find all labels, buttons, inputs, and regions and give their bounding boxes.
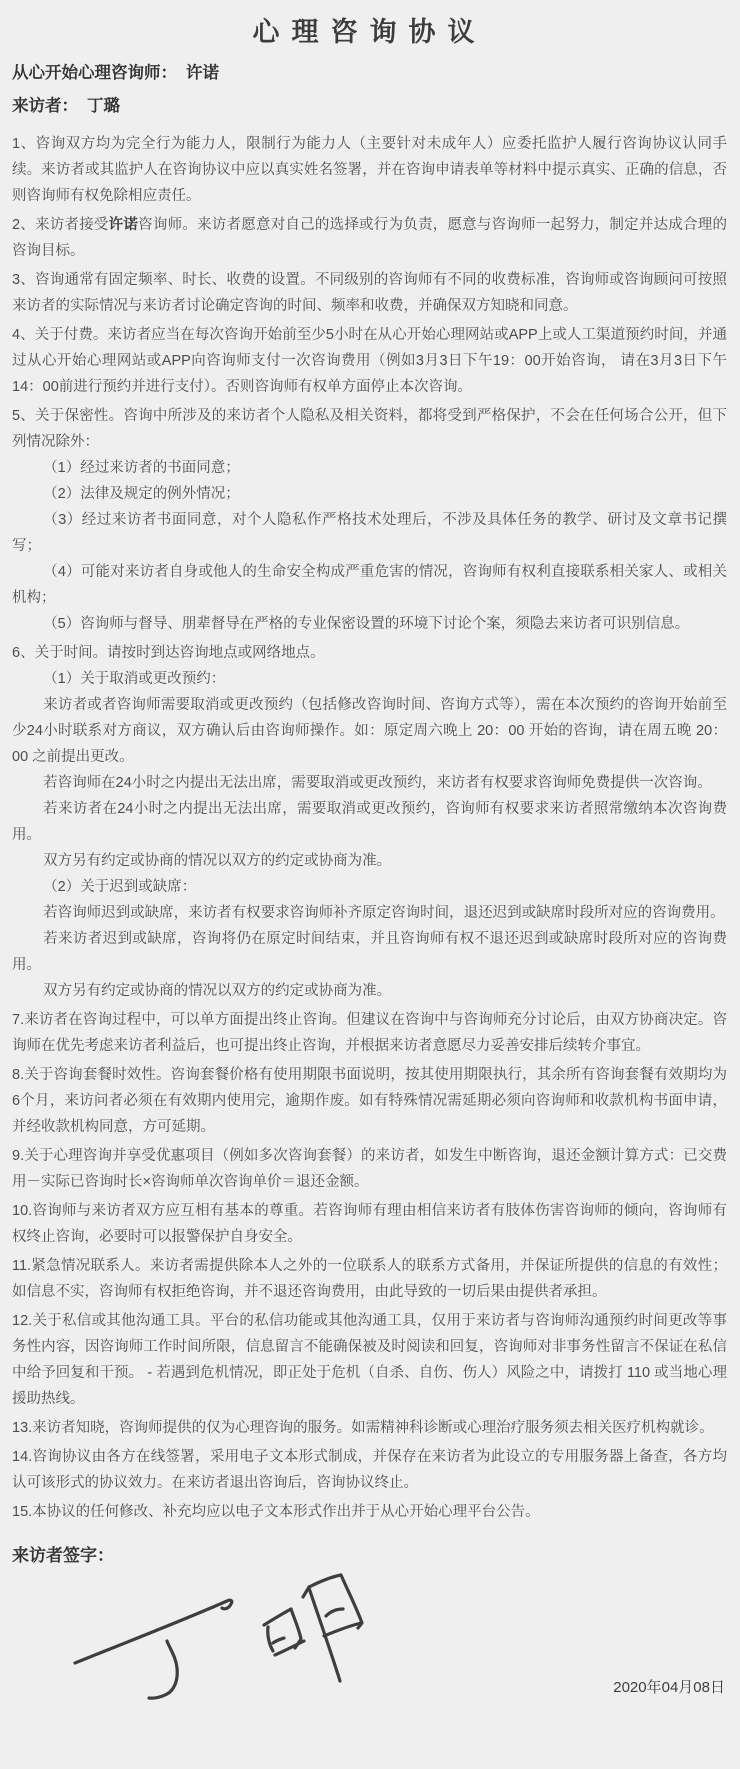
clause-text: 12.关于私信或其他沟通工具。平台的私信功能或其他沟通工具，仅用于来访者与咨询师… <box>12 1313 727 1407</box>
counselor-line: 从心开始心理咨询师：许诺 <box>12 59 727 83</box>
clause-text: 5、关于保密性。咨询中所涉及的来访者个人隐私及相关资料，都将受到严格保护，不会在… <box>12 408 727 450</box>
clause-paragraph: （4）可能对来访者自身或他人的生命安全构成严重危害的情况，咨询师有权利直接联系相… <box>12 559 727 611</box>
clause-paragraph: 15.本协议的任何修改、补充均应以电子文本形式作出并于从心开始心理平台公告。 <box>12 1499 727 1525</box>
clause-paragraph: 双方另有约定或协商的情况以双方的约定或协商为准。 <box>12 978 727 1004</box>
visitor-label: 来访者： <box>12 97 78 115</box>
counselor-name: 许诺 <box>186 64 219 82</box>
clause-text: （2）法律及规定的例外情况； <box>43 486 240 502</box>
signature-stroke <box>326 1609 343 1616</box>
clause-paragraph: （3）经过来访者书面同意，对个人隐私作严格技术处理后，不涉及具体任务的教学、研讨… <box>12 507 727 559</box>
clause-paragraph: 14.咨询协议由各方在线签署，采用电子文本形式制成，并保存在来访者为此设立的专用… <box>12 1444 727 1496</box>
clause-paragraph: （1）关于取消或更改预约： <box>12 666 727 692</box>
clause-paragraph: 10.咨询师与来访者双方应互相有基本的尊重。若咨询师有理由相信来访者有肢体伤害咨… <box>12 1198 727 1250</box>
clause-paragraph: （1）经过来访者的书面同意； <box>12 455 727 481</box>
clause-text: （1）关于取消或更改预约： <box>43 671 225 687</box>
signature-stroke <box>303 1587 309 1597</box>
clause-paragraph: 2、来访者接受许诺咨询师。来访者愿意对自己的选择或行为负责，愿意与咨询师一起努力… <box>12 212 727 264</box>
clauses: 1、咨询双方均为完全行为能力人，限制行为能力人（主要针对未成年人）应委托监护人履… <box>12 131 727 1525</box>
clause-text: 11.紧急情况联系人。来访者需提供除本人之外的一位联系人的联系方式备用，并保证所… <box>12 1258 727 1300</box>
clause-paragraph: （2）法律及规定的例外情况； <box>12 481 727 507</box>
clause-paragraph: （5）咨询师与督导、朋辈督导在严格的专业保密设置的环境下讨论个案，须隐去来访者可… <box>12 611 727 637</box>
clause-paragraph: （2）关于迟到或缺席： <box>12 874 727 900</box>
clause-text: （4）可能对来访者自身或他人的生命安全构成严重危害的情况，咨询师有权利直接联系相… <box>12 564 727 606</box>
counselor-name-highlight: 许诺 <box>109 217 138 233</box>
clause-text: 10.咨询师与来访者双方应互相有基本的尊重。若咨询师有理由相信来访者有肢体伤害咨… <box>12 1203 727 1245</box>
clause-paragraph: 5、关于保密性。咨询中所涉及的来访者个人隐私及相关资料，都将受到严格保护，不会在… <box>12 403 727 455</box>
clause-paragraph: 11.紧急情况联系人。来访者需提供除本人之外的一位联系人的联系方式备用，并保证所… <box>12 1253 727 1305</box>
signature-stroke <box>309 1575 341 1587</box>
visitor-name: 丁璐 <box>87 97 120 115</box>
clause-paragraph: 3、咨询通常有固定频率、时长、收费的设置。不同级别的咨询师有不同的收费标准，咨询… <box>12 267 727 319</box>
clause-text: 1、咨询双方均为完全行为能力人，限制行为能力人（主要针对未成年人）应委托监护人履… <box>12 136 727 204</box>
signature-stroke <box>341 1575 362 1628</box>
clause-text: 来访者或者咨询师需要取消或更改预约（包括修改咨询时间、咨询方式等），需在本次预约… <box>12 697 727 765</box>
clause-text: 双方另有约定或协商的情况以双方的约定或协商为准。 <box>43 853 391 869</box>
clause-paragraph: 双方另有约定或协商的情况以双方的约定或协商为准。 <box>12 848 727 874</box>
signature-stroke <box>275 1641 304 1655</box>
clause-text: 若来访者迟到或缺席，咨询将仍在原定时间结束，并且咨询师有权不退还迟到或缺席时段所… <box>12 931 727 973</box>
clause-paragraph: 12.关于私信或其他沟通工具。平台的私信功能或其他沟通工具，仅用于来访者与咨询师… <box>12 1308 727 1412</box>
clause-text: 若来访者在24小时之内提出无法出席，需要取消或更改预约，咨询师有权要求来访者照常… <box>12 801 727 843</box>
signature-stroke <box>268 1627 273 1651</box>
signature-stroke <box>149 1641 177 1698</box>
clause-paragraph: 若咨询师在24小时之内提出无法出席，需要取消或更改预约，来访者有权要求咨询师免费… <box>12 770 727 796</box>
signature-stroke <box>324 1623 361 1636</box>
clause-paragraph: 7.来访者在咨询过程中，可以单方面提出终止咨询。但建议在咨询中与咨询师充分讨论后… <box>12 1007 727 1059</box>
agreement-document: 心理咨询协议 从心开始心理咨询师：许诺 来访者：丁璐 1、咨询双方均为完全行为能… <box>0 0 740 1769</box>
page-title: 心理咨询协议 <box>12 10 727 49</box>
clause-text: 双方另有约定或协商的情况以双方的约定或协商为准。 <box>43 983 391 999</box>
clause-paragraph: 8.关于咨询套餐时效性。咨询套餐价格有使用期限书面说明，按其使用期限执行，其余所… <box>12 1062 727 1140</box>
clause-text: （3）经过来访者书面同意，对个人隐私作严格技术处理后，不涉及具体任务的教学、研讨… <box>12 512 727 554</box>
signature-label: 来访者签字： <box>12 1541 727 1566</box>
signature-stroke <box>264 1609 291 1625</box>
clause-paragraph: 6、关于时间。请按时到达咨询地点或网络地点。 <box>12 640 727 666</box>
clause-text: 13.来访者知晓，咨询师提供的仅为心理咨询的服务。如需精神科诊断或心理治疗服务须… <box>12 1420 714 1436</box>
clause-text: （1）经过来访者的书面同意； <box>43 460 240 476</box>
visitor-line: 来访者：丁璐 <box>12 92 727 116</box>
clause-text: 若咨询师在24小时之内提出无法出席，需要取消或更改预约，来访者有权要求咨询师免费… <box>43 775 712 791</box>
clause-paragraph: 13.来访者知晓，咨询师提供的仅为心理咨询的服务。如需精神科诊断或心理治疗服务须… <box>12 1415 727 1441</box>
clause-text: 4、关于付费。来访者应当在每次咨询开始前至少5小时在从心开始心理网站或APP上或… <box>12 327 727 395</box>
clause-text: 9.关于心理咨询并享受优惠项目（例如多次咨询套餐）的来访者，如发生中断咨询，退还… <box>12 1148 727 1190</box>
clause-text: 6、关于时间。请按时到达咨询地点或网络地点。 <box>12 645 325 661</box>
clause-paragraph: 1、咨询双方均为完全行为能力人，限制行为能力人（主要针对未成年人）应委托监护人履… <box>12 131 727 209</box>
clause-text: （5）咨询师与督导、朋辈督导在严格的专业保密设置的环境下讨论个案，须隐去来访者可… <box>43 616 689 632</box>
signature-stroke <box>273 1638 284 1643</box>
clause-paragraph: 若来访者迟到或缺席，咨询将仍在原定时间结束，并且咨询师有权不退还迟到或缺席时段所… <box>12 926 727 978</box>
counselor-label: 从心开始心理咨询师： <box>12 64 177 82</box>
signature-stroke <box>75 1600 232 1663</box>
clause-text: 14.咨询协议由各方在线签署，采用电子文本形式制成，并保存在来访者为此设立的专用… <box>12 1449 727 1491</box>
clause-paragraph: 来访者或者咨询师需要取消或更改预约（包括修改咨询时间、咨询方式等），需在本次预约… <box>12 692 727 770</box>
clause-paragraph: 若咨询师迟到或缺席，来访者有权要求咨询师补齐原定咨询时间，退还迟到或缺席时段所对… <box>12 900 727 926</box>
agreement-date: 2020年04月08日 <box>613 1676 725 1697</box>
clause-paragraph: 若来访者在24小时之内提出无法出席，需要取消或更改预约，咨询师有权要求来访者照常… <box>12 796 727 848</box>
clause-text: 3、咨询通常有固定频率、时长、收费的设置。不同级别的咨询师有不同的收费标准，咨询… <box>12 272 727 314</box>
clause-text: 若咨询师迟到或缺席，来访者有权要求咨询师补齐原定咨询时间，退还迟到或缺席时段所对… <box>43 905 725 921</box>
clause-text: 8.关于咨询套餐时效性。咨询套餐价格有使用期限书面说明，按其使用期限执行，其余所… <box>12 1067 727 1135</box>
clause-paragraph: 9.关于心理咨询并享受优惠项目（例如多次咨询套餐）的来访者，如发生中断咨询，退还… <box>12 1143 727 1195</box>
clause-text: （2）关于迟到或缺席： <box>43 879 196 895</box>
clause-text: 2、来访者接受 <box>12 217 109 233</box>
clause-paragraph: 4、关于付费。来访者应当在每次咨询开始前至少5小时在从心开始心理网站或APP上或… <box>12 322 727 400</box>
clause-text: 7.来访者在咨询过程中，可以单方面提出终止咨询。但建议在咨询中与咨询师充分讨论后… <box>12 1012 727 1054</box>
clause-text: 15.本协议的任何修改、补充均应以电子文本形式作出并于从心开始心理平台公告。 <box>12 1504 540 1520</box>
